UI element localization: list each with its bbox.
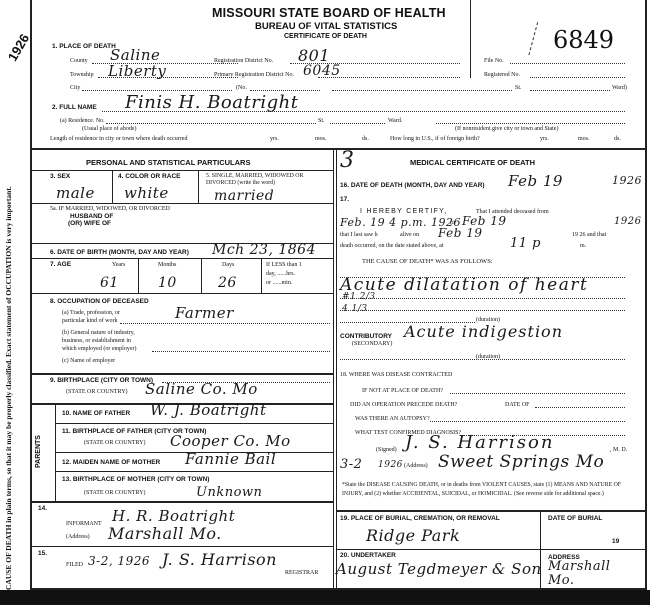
registrar-label: REGISTRAR: [285, 570, 318, 576]
residence-ward-line: [330, 123, 385, 124]
city-no-line: [250, 90, 320, 91]
filed-number: 15.: [38, 550, 47, 557]
cell-divider: [540, 510, 541, 590]
nonresident-note: (If nonresident give city or town and St…: [455, 126, 558, 132]
us-yrs: yrs.: [540, 136, 549, 142]
foreign-birth-label: How long in U.S., if of foreign birth?: [390, 136, 480, 142]
registered-no-line: [530, 77, 625, 78]
contributory-value[interactable]: Acute indigestion: [404, 322, 563, 341]
filed-date-value[interactable]: 3-2, 1926: [88, 554, 150, 568]
city-ward-label: Ward): [612, 85, 627, 91]
year-stamp: 1926: [5, 31, 32, 64]
occupation-value[interactable]: Farmer: [175, 304, 234, 322]
not-at-place-line: [450, 393, 625, 394]
operation-date-line: [535, 407, 625, 408]
item-18-label: 18. WHERE WAS DISEASE CONTRACTED: [340, 372, 452, 378]
length-yrs: yrs.: [270, 136, 279, 142]
alive-label: alive on: [400, 232, 419, 238]
primary-district-value[interactable]: 6045: [303, 63, 341, 79]
row-line: [32, 546, 333, 547]
township-label: Township: [70, 72, 94, 78]
occ-b-label-2: business, or establishment in: [62, 338, 131, 344]
form-border-right: [645, 0, 647, 590]
filed-label: FILED: [66, 562, 83, 568]
check-mark-icon: [516, 19, 538, 55]
row-line: [336, 510, 645, 512]
file-no-line: [510, 63, 625, 64]
parents-label: PARENTS: [35, 435, 42, 468]
length-ds: ds.: [362, 136, 369, 142]
cause-footnote: *State the DISEASE CAUSING DEATH, or in …: [342, 481, 632, 498]
full-name-value[interactable]: Finis H. Boatright: [125, 92, 298, 113]
row-line: [55, 471, 333, 472]
undertaker-value[interactable]: August Tegdmeyer & Son: [336, 560, 542, 578]
age-less-2: day, ......hrs.: [266, 271, 295, 277]
section-mark: 3: [340, 148, 355, 173]
duration-line-2: [340, 359, 625, 360]
informant-label: INFORMANT: [66, 521, 102, 527]
occupation-label: 8. OCCUPATION OF DECEASED: [50, 298, 149, 305]
primary-district-label: Primary Registration District No.: [214, 72, 294, 78]
row-line: [336, 549, 645, 550]
birthplace-value[interactable]: Saline Co. Mo: [145, 380, 258, 398]
margin-strip: CAUSE OF DEATH in plain terms, so that i…: [0, 0, 30, 605]
residence-label: (a) Residence. No.: [60, 118, 105, 124]
cell-divider: [201, 258, 202, 293]
residence-sublabel: (Usual place of abode): [82, 126, 136, 132]
autopsy-label: WAS THERE AN AUTOPSY?: [355, 416, 430, 422]
race-value[interactable]: white: [124, 184, 169, 202]
certify-lead: I HEREBY CERTIFY,: [360, 208, 447, 215]
cause-label: THE CAUSE OF DEATH* WAS AS FOLLOWS:: [362, 258, 493, 265]
length-residence-label: Length of residence in city or town wher…: [50, 136, 187, 142]
header-divider: [470, 0, 471, 78]
column-divider: [333, 150, 334, 590]
informant-number: 14.: [38, 505, 47, 512]
age-label: 7. AGE: [50, 261, 71, 268]
sex-label: 3. SEX: [50, 173, 70, 180]
time-value[interactable]: 11 p: [510, 236, 541, 251]
city-street-line: [332, 90, 512, 91]
undertaker-label: 20. UNDERTAKER: [340, 552, 396, 559]
burial-place-value[interactable]: Ridge Park: [366, 526, 460, 545]
father-birthplace-state-label: (STATE OR COUNTRY): [84, 440, 146, 446]
age-months-label: Months: [158, 262, 176, 268]
cell-divider: [138, 258, 139, 293]
burial-year-label: 19: [612, 538, 619, 545]
margin-instruction: CAUSE OF DEATH in plain terms, so that i…: [4, 186, 13, 590]
spouse-label-1: 5a. IF MARRIED, WIDOWED, OR DIVORCED: [50, 206, 170, 212]
dob-value[interactable]: Mch 23, 1864: [212, 242, 316, 258]
cell-divider: [112, 170, 113, 203]
cause-code-2: 4 1/3: [342, 304, 368, 314]
physician-signature[interactable]: J. S. Harrison: [405, 432, 554, 453]
last-saw-value[interactable]: Feb 19: [438, 226, 483, 240]
cell-divider: [261, 258, 262, 293]
occ-a-line: [120, 323, 330, 324]
contributory-sublabel: (SECONDARY): [352, 341, 392, 347]
section-divider: [32, 148, 645, 150]
occ-c-label: (c) Name of employer: [62, 358, 115, 364]
last-saw-label: that I last saw h: [340, 232, 378, 238]
county-label: County: [70, 58, 88, 64]
physician-address-value[interactable]: Sweet Springs Mo: [438, 452, 604, 472]
year-and-that-label: 19 26 and that: [572, 232, 606, 238]
physician-address-label: (Address): [404, 463, 428, 469]
medical-section-title: MEDICAL CERTIFICATE OF DEATH: [410, 158, 535, 167]
signed-date-value[interactable]: 3-2: [340, 457, 362, 472]
father-label: 10. NAME OF FATHER: [62, 410, 130, 417]
row-line: [32, 373, 333, 375]
age-years-label: Years: [112, 262, 125, 268]
father-birthplace-value[interactable]: Cooper Co. Mo: [170, 432, 291, 450]
mother-value[interactable]: Fannie Bail: [185, 450, 276, 468]
spouse-label-2: HUSBAND OF: [70, 213, 113, 220]
place-of-death-label: 1. PLACE OF DEATH: [52, 43, 116, 50]
age-months-value[interactable]: 10: [158, 275, 177, 291]
mother-birthplace-value[interactable]: Unknown: [196, 485, 262, 500]
age-days-label: Days: [222, 262, 234, 268]
row-line: [55, 423, 333, 424]
township-value[interactable]: Liberty: [108, 62, 166, 80]
burial-place-label: 19. PLACE OF BURIAL, CREMATION, OR REMOV…: [340, 515, 500, 522]
cause-line-2: [340, 298, 625, 299]
residence-ward-label: Ward.: [388, 118, 402, 124]
cause-line-3: [340, 310, 625, 311]
signed-label: (Signed): [376, 447, 397, 453]
informant-address-label: (Address): [66, 534, 90, 540]
dod-label: 16. DATE OF DEATH (MONTH, DAY AND YEAR): [340, 182, 485, 189]
occ-b-line: [152, 351, 330, 352]
occ-b-label-3: which employed (or employer): [62, 346, 136, 352]
race-label: 4. COLOR OR RACE: [118, 173, 180, 180]
mother-birthplace-state-label: (STATE OR COUNTRY): [84, 490, 146, 496]
full-name-label: 2. FULL NAME: [52, 104, 97, 111]
sex-value[interactable]: male: [56, 184, 95, 202]
cause-code-1: #1 2/3: [342, 292, 376, 302]
us-ds: ds.: [614, 136, 621, 142]
city-no-label: (No.: [236, 85, 247, 91]
scan-edge-bottom: [0, 590, 650, 605]
city-label: City: [70, 85, 80, 91]
registrar-value[interactable]: J. S. Harrison: [162, 550, 277, 569]
item-17-number: 17.: [340, 196, 349, 203]
city-line: [82, 90, 232, 91]
personal-section-title: PERSONAL AND STATISTICAL PARTICULARS: [86, 158, 250, 167]
md-label: , M. D.: [610, 447, 627, 453]
column-divider-2: [336, 150, 337, 590]
spouse-label-3: (OR) WIFE OF: [68, 220, 111, 227]
m-label: m.: [580, 243, 586, 249]
dod-year-value[interactable]: 1926: [612, 174, 642, 187]
autopsy-line: [430, 421, 625, 422]
dod-value[interactable]: Feb 19: [508, 172, 563, 190]
burial-date-label: DATE OF BURIAL: [548, 515, 602, 522]
date-of-label: DATE OF: [505, 402, 530, 408]
mother-label: 12. MAIDEN NAME OF MOTHER: [62, 459, 160, 466]
cause-value[interactable]: Acute dilatation of heart: [340, 275, 588, 295]
dob-label: 6. DATE OF BIRTH (MONTH, DAY AND YEAR): [50, 249, 189, 256]
row-line: [32, 501, 333, 503]
registered-no-label: Registered No.: [484, 72, 520, 78]
age-years-value[interactable]: 61: [100, 275, 119, 291]
mother-birthplace-label: 13. BIRTHPLACE OF MOTHER (CITY OR TOWN): [62, 476, 209, 483]
occ-a-label-2: particular kind of work: [62, 318, 117, 324]
city-ward-line: [530, 90, 610, 91]
row-line: [32, 203, 333, 204]
length-mos: mos.: [315, 136, 327, 142]
age-less-1: If LESS than 1: [266, 262, 302, 268]
residence-st-label: St.: [318, 118, 325, 124]
residence-line: [106, 123, 316, 124]
birthplace-state-label: (STATE OR COUNTRY): [66, 389, 128, 395]
contributory-label: CONTRIBUTORY: [340, 333, 392, 340]
death-occurred-label: death occurred, on the date stated above…: [340, 243, 443, 249]
informant-address-value[interactable]: Marshall Mo.: [108, 524, 222, 543]
form-name: CERTIFICATE OF DEATH: [284, 33, 367, 40]
occ-b-label-1: (b) General nature of industry,: [62, 330, 135, 336]
row-line: [32, 293, 333, 294]
form-title: MISSOURI STATE BOARD OF HEALTH: [212, 6, 446, 20]
marital-value[interactable]: married: [214, 188, 274, 204]
birthplace-label: 9. BIRTHPLACE (CITY OR TOWN): [50, 377, 153, 384]
attended-year-value[interactable]: 1926: [614, 216, 641, 227]
nonresident-line: [436, 123, 625, 124]
registration-district-label: Registration District No.: [214, 58, 273, 64]
row-line: [32, 258, 333, 259]
marital-label: 5. SINGLE, MARRIED, WIDOWED OR DIVORCED …: [206, 173, 331, 187]
father-value[interactable]: W. J. Boatright: [150, 401, 267, 419]
form-subtitle: BUREAU OF VITAL STATISTICS: [255, 21, 397, 32]
age-days-value[interactable]: 26: [218, 275, 237, 291]
city-st-label: St.: [515, 85, 522, 91]
signed-year-value[interactable]: 1926: [378, 460, 403, 470]
certificate-number: 6849: [553, 26, 614, 54]
undertaker-address-value[interactable]: Marshall Mo.: [548, 560, 638, 588]
file-no-label: File No.: [484, 58, 504, 64]
cell-divider: [198, 170, 199, 203]
operation-label: DID AN OPERATION PRECEDE DEATH?: [350, 402, 457, 408]
occ-a-label-1: (a) Trade, profession, or: [62, 310, 120, 316]
age-less-3: or ......min.: [266, 280, 292, 286]
us-mos: mos.: [578, 136, 590, 142]
informant-value[interactable]: H. R. Boatright: [112, 507, 235, 525]
row-line: [32, 170, 333, 171]
not-at-place-label: IF NOT AT PLACE OF DEATH?: [362, 388, 443, 394]
